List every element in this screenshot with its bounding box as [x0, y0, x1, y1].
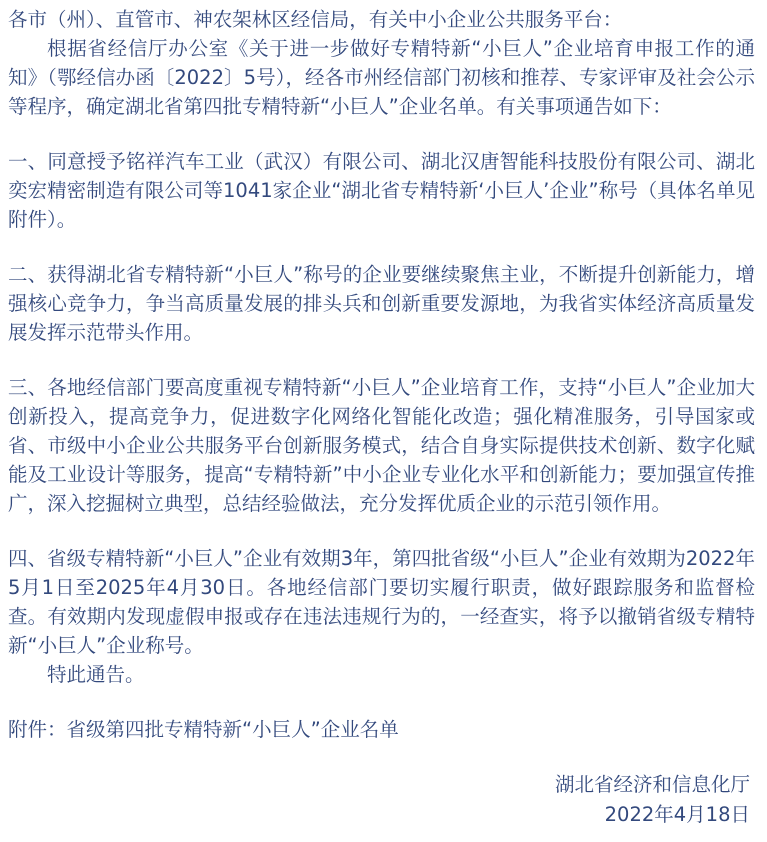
notice-item-1: 一、同意授予铭祥汽车工业（武汉）有限公司、湖北汉唐智能科技股份有限公司、湖北奕宏… — [8, 147, 755, 234]
signature-block: 湖北省经济和信息化厅 2022年4月18日 — [8, 770, 755, 830]
notice-item-3: 三、各地经信部门要高度重视专精特新“小巨人”企业培育工作，支持“小巨人”企业加大… — [8, 373, 755, 518]
salutation-line: 各市（州）、直管市、神农架林区经信局，有关中小企业公共服务平台： — [8, 5, 755, 34]
issuer-signature: 湖北省经济和信息化厅 — [8, 770, 750, 800]
notice-item-2: 二、获得湖北省专精特新“小巨人”称号的企业要继续聚焦主业，不断提升创新能力，增强… — [8, 260, 755, 347]
closing-line: 特此通告。 — [8, 660, 755, 689]
signature-date: 2022年4月18日 — [8, 800, 750, 830]
notice-document: 各市（州）、直管市、神农架林区经信局，有关中小企业公共服务平台： 根据省经信厅办… — [0, 0, 767, 842]
attachment-line: 附件：省级第四批专精特新“小巨人”企业名单 — [8, 715, 755, 744]
notice-item-4: 四、省级专精特新“小巨人”企业有效期3年，第四批省级“小巨人”企业有效期为202… — [8, 544, 755, 660]
intro-paragraph: 根据省经信厅办公室《关于进一步做好专精特新“小巨人”企业培育申报工作的通知》（鄂… — [8, 34, 755, 121]
